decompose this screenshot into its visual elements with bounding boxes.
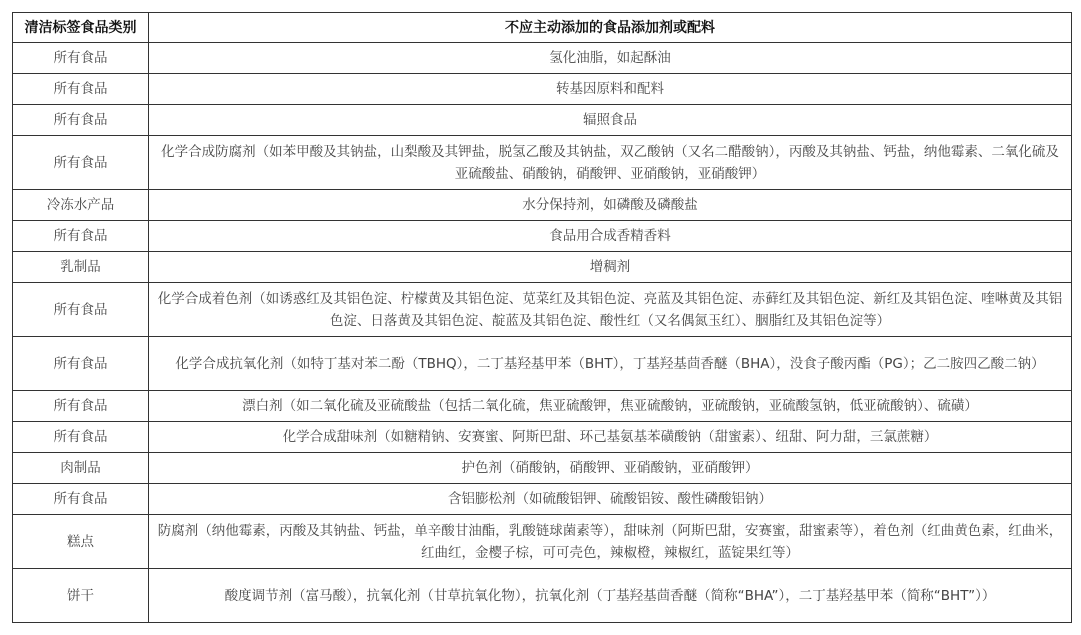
row-category: 所有食品 [13,484,149,515]
header-additives: 不应主动添加的食品添加剂或配料 [149,13,1072,43]
row-additives: 辐照食品 [149,105,1072,136]
row-additives: 护色剂（硝酸钠，硝酸钾、亚硝酸钠，亚硝酸钾） [149,453,1072,484]
table-row: 所有食品 化学合成防腐剂（如苯甲酸及其钠盐，山梨酸及其钾盐，脱氢乙酸及其钠盐，双… [13,136,1072,190]
row-category: 饼干 [13,569,149,623]
row-category: 所有食品 [13,105,149,136]
table-header-row: 清洁标签食品类别 不应主动添加的食品添加剂或配料 [13,13,1072,43]
row-additives: 含铝膨松剂（如硫酸铝钾、硫酸铝铵、酸性磷酸铝钠） [149,484,1072,515]
table-row: 所有食品 化学合成甜味剂（如糖精钠、安赛蜜、阿斯巴甜、环己基氨基苯磺酸钠（甜蜜素… [13,422,1072,453]
row-additives: 酸度调节剂（富马酸），抗氧化剂（甘草抗氧化物），抗氧化剂（丁基羟基茴香醚（简称“… [149,569,1072,623]
table-row: 所有食品 辐照食品 [13,105,1072,136]
table-row: 冷冻水产品 水分保持剂，如磷酸及磷酸盐 [13,190,1072,221]
table-row: 饼干 酸度调节剂（富马酸），抗氧化剂（甘草抗氧化物），抗氧化剂（丁基羟基茴香醚（… [13,569,1072,623]
row-category: 糕点 [13,515,149,569]
row-category: 所有食品 [13,283,149,337]
table-row: 所有食品 含铝膨松剂（如硫酸铝钾、硫酸铝铵、酸性磷酸铝钠） [13,484,1072,515]
table-row: 所有食品 化学合成着色剂（如诱惑红及其铝色淀、柠檬黄及其铝色淀、苋菜红及其铝色淀… [13,283,1072,337]
row-category: 所有食品 [13,337,149,391]
row-category: 乳制品 [13,252,149,283]
row-category: 所有食品 [13,74,149,105]
row-additives: 食品用合成香精香料 [149,221,1072,252]
table-row: 所有食品 食品用合成香精香料 [13,221,1072,252]
row-additives: 转基因原料和配料 [149,74,1072,105]
row-category: 所有食品 [13,136,149,190]
table-row: 所有食品 氢化油脂，如起酥油 [13,43,1072,74]
row-category: 所有食品 [13,221,149,252]
row-additives: 化学合成抗氧化剂（如特丁基对苯二酚（TBHQ），二丁基羟基甲苯（BHT），丁基羟… [149,337,1072,391]
row-additives: 水分保持剂，如磷酸及磷酸盐 [149,190,1072,221]
clean-label-additives-table: 清洁标签食品类别 不应主动添加的食品添加剂或配料 所有食品 氢化油脂，如起酥油 … [12,12,1072,623]
row-additives: 化学合成着色剂（如诱惑红及其铝色淀、柠檬黄及其铝色淀、苋菜红及其铝色淀、亮蓝及其… [149,283,1072,337]
row-additives: 化学合成防腐剂（如苯甲酸及其钠盐，山梨酸及其钾盐，脱氢乙酸及其钠盐，双乙酸钠（又… [149,136,1072,190]
row-category: 冷冻水产品 [13,190,149,221]
row-category: 所有食品 [13,391,149,422]
header-category: 清洁标签食品类别 [13,13,149,43]
table-row: 所有食品 化学合成抗氧化剂（如特丁基对苯二酚（TBHQ），二丁基羟基甲苯（BHT… [13,337,1072,391]
table-row: 肉制品 护色剂（硝酸钠，硝酸钾、亚硝酸钠，亚硝酸钾） [13,453,1072,484]
table-row: 所有食品 漂白剂（如二氧化硫及亚硫酸盐（包括二氧化硫，焦亚硫酸钾，焦亚硫酸钠，亚… [13,391,1072,422]
row-category: 所有食品 [13,43,149,74]
table-row: 糕点 防腐剂（纳他霉素，丙酸及其钠盐、钙盐，单辛酸甘油酯，乳酸链球菌素等），甜味… [13,515,1072,569]
row-category: 所有食品 [13,422,149,453]
row-additives: 防腐剂（纳他霉素，丙酸及其钠盐、钙盐，单辛酸甘油酯，乳酸链球菌素等），甜味剂（阿… [149,515,1072,569]
table-row: 所有食品 转基因原料和配料 [13,74,1072,105]
row-additives: 增稠剂 [149,252,1072,283]
table-row: 乳制品 增稠剂 [13,252,1072,283]
row-additives: 化学合成甜味剂（如糖精钠、安赛蜜、阿斯巴甜、环己基氨基苯磺酸钠（甜蜜素）、纽甜、… [149,422,1072,453]
row-additives: 漂白剂（如二氧化硫及亚硫酸盐（包括二氧化硫，焦亚硫酸钾，焦亚硫酸钠，亚硫酸钠，亚… [149,391,1072,422]
row-additives: 氢化油脂，如起酥油 [149,43,1072,74]
row-category: 肉制品 [13,453,149,484]
